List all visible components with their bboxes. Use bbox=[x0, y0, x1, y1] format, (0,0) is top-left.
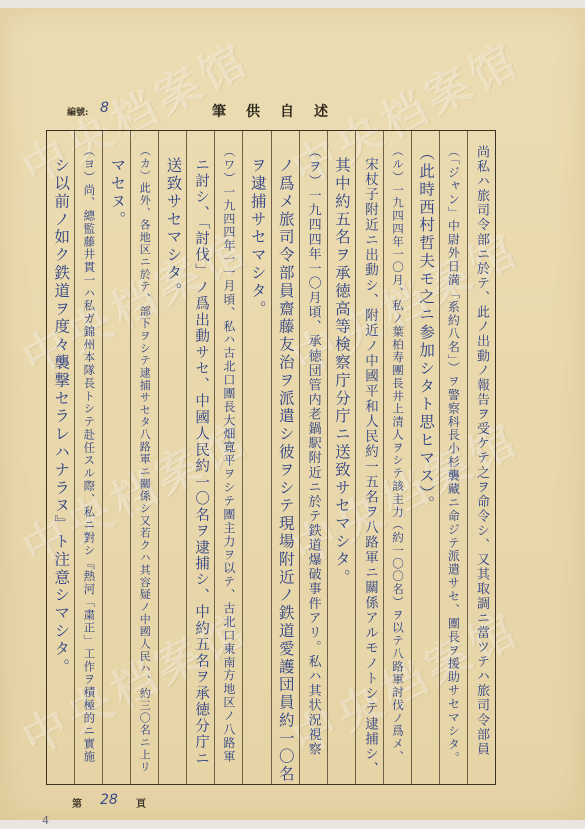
handwritten-line: 尚私ハ旅司令部ニ於テ、此ノ出動ノ報告ヲ受ケテ之ヲ命令シ、又其取調ニ當ツテハ旅司令… bbox=[475, 145, 488, 757]
handwritten-line: シ以前ノ如ク鉄道ヲ度々襲撃セラレハナラヌ』ト注意シマシタ。 bbox=[53, 157, 69, 676]
manuscript-column: （此時西村哲夫モ之ニ参加シタト思ヒマス）。 bbox=[411, 131, 439, 784]
manuscript-column: マセヌ。 bbox=[102, 131, 130, 784]
handwritten-line: ニ討シ、「討伐」ノ爲出動サセ、中國人民約一〇名ヲ逮捕シ、中約五名ヲ承徳分庁ニ bbox=[194, 157, 209, 767]
manuscript-column: （カ）此外、各地区ニ於テ、部下ヲシテ逮捕サセタ八路軍ニ關係シ又若クハ其容疑ノ中國… bbox=[130, 131, 158, 784]
manuscript-column: （ワ）一九四四年一一月頃、私ハ古北口團長大畑寛平ヲシテ團主力ヲ以テ、古北口東南方… bbox=[214, 131, 242, 784]
manuscript-column: 尚私ハ旅司令部ニ於テ、此ノ出動ノ報告ヲ受ケテ之ヲ命令シ、又其取調ニ當ツテハ旅司令… bbox=[467, 131, 495, 784]
manuscript-column: （ル）一九四四年一〇月、私ノ葉柏寿團長井上清人ヲシテ該主力（約一〇〇名）ヲ以テ八… bbox=[383, 131, 411, 784]
manuscript-column: シ以前ノ如ク鉄道ヲ度々襲撃セラレハナラヌ』ト注意シマシタ。 bbox=[47, 131, 74, 784]
manuscript-column: （ヲ）一九四四年一〇月頃、承徳団管内老鍋駅附近ニ於テ鉄道爆破事件アリ。私ハ其状況… bbox=[299, 131, 327, 784]
handwritten-line: （ヲ）一九四四年一〇月頃、承徳団管内老鍋駅附近ニ於テ鉄道爆破事件アリ。私ハ其状況… bbox=[307, 145, 320, 757]
serial-label: 編號: bbox=[67, 105, 88, 118]
handwritten-line: ノ爲メ旅司令部員齋藤友治ヲ派遣シ彼ヲシテ現場附近ノ鉄道愛護団員約一〇名 bbox=[277, 157, 293, 784]
manuscript-column: 送致サセマシタ。 bbox=[158, 131, 186, 784]
page-title: 筆供自述 bbox=[212, 101, 348, 121]
manuscript-column: 宋杖子附近ニ出動シ、附近ノ中國平和人民約一五名ヲ八路軍ニ關係アルモノトシテ逮捕シ… bbox=[355, 131, 383, 784]
manuscript-column: （「ジャン」中尉外日満「系約八名」）ヲ警察科長小杉襲藏ニ命ジテ派遣サセ、團長ヲ援… bbox=[439, 131, 467, 784]
manuscript-column: ノ爲メ旅司令部員齋藤友治ヲ派遣シ彼ヲシテ現場附近ノ鉄道愛護団員約一〇名 bbox=[271, 131, 299, 784]
handwritten-line: （カ）此外、各地区ニ於テ、部下ヲシテ逮捕サセタ八路軍ニ關係シ又若クハ其容疑ノ中國… bbox=[139, 145, 150, 773]
handwritten-line: 送致サセマシタ。 bbox=[165, 157, 181, 300]
handwritten-line: （「ジャン」中尉外日満「系約八名」）ヲ警察科長小杉襲藏ニ命ジテ派遣サセ、團長ヲ援… bbox=[447, 145, 459, 765]
margin-mark: 4 bbox=[42, 814, 49, 827]
handwritten-line: 其中約五名ヲ承徳高等検察庁分庁ニ送致サセマシタ。 bbox=[333, 157, 349, 587]
manuscript-column: 其中約五名ヲ承徳高等検察庁分庁ニ送致サセマシタ。 bbox=[327, 131, 355, 784]
serial-number: 8 bbox=[100, 100, 109, 116]
manuscript-grid: 尚私ハ旅司令部ニ於テ、此ノ出動ノ報告ヲ受ケテ之ヲ命令シ、又其取調ニ當ツテハ旅司令… bbox=[46, 130, 496, 785]
manuscript-column: （ヨ）尚、總監藤井貫一ハ私ガ錦州本隊長トシテ赴任スル際、私ニ對シ『熱河「粛正」工… bbox=[74, 131, 102, 784]
handwritten-line: 宋杖子附近ニ出動シ、附近ノ中國平和人民約一五名ヲ八路軍ニ關係アルモノトシテ逮捕シ… bbox=[362, 157, 376, 777]
handwritten-line: （ヨ）尚、總監藤井貫一ハ私ガ錦州本隊長トシテ赴任スル際、私ニ對シ『熱河「粛正」工… bbox=[83, 145, 95, 763]
page-prefix: 第 bbox=[72, 795, 82, 810]
handwritten-line: （ル）一九四四年一〇月、私ノ葉柏寿團長井上清人ヲシテ該主力（約一〇〇名）ヲ以テ八… bbox=[392, 145, 404, 763]
handwritten-line: （此時西村哲夫モ之ニ参加シタト思ヒマス）。 bbox=[418, 145, 434, 513]
page-header: 編號: 8 筆供自述 bbox=[0, 100, 585, 122]
handwritten-line: ヲ逮捕サセマシタ。 bbox=[249, 157, 265, 318]
manuscript-column: ニ討シ、「討伐」ノ爲出動サセ、中國人民約一〇名ヲ逮捕シ、中約五名ヲ承徳分庁ニ bbox=[186, 131, 214, 784]
manuscript-page: 中央档案馆 中央档案馆 中央档案馆 中央档案馆 中央档案馆 中央档案馆 中央档案… bbox=[0, 8, 585, 820]
handwritten-line: マセヌ。 bbox=[109, 157, 125, 229]
page-suffix: 頁 bbox=[136, 795, 146, 810]
manuscript-column: ヲ逮捕サセマシタ。 bbox=[242, 131, 270, 784]
page-footer: 第 28 頁 bbox=[0, 793, 585, 813]
handwritten-line: （ワ）一九四四年一一月頃、私ハ古北口團長大畑寛平ヲシテ團主力ヲ以テ、古北口東南方… bbox=[223, 145, 235, 763]
page-number: 28 bbox=[100, 792, 118, 808]
